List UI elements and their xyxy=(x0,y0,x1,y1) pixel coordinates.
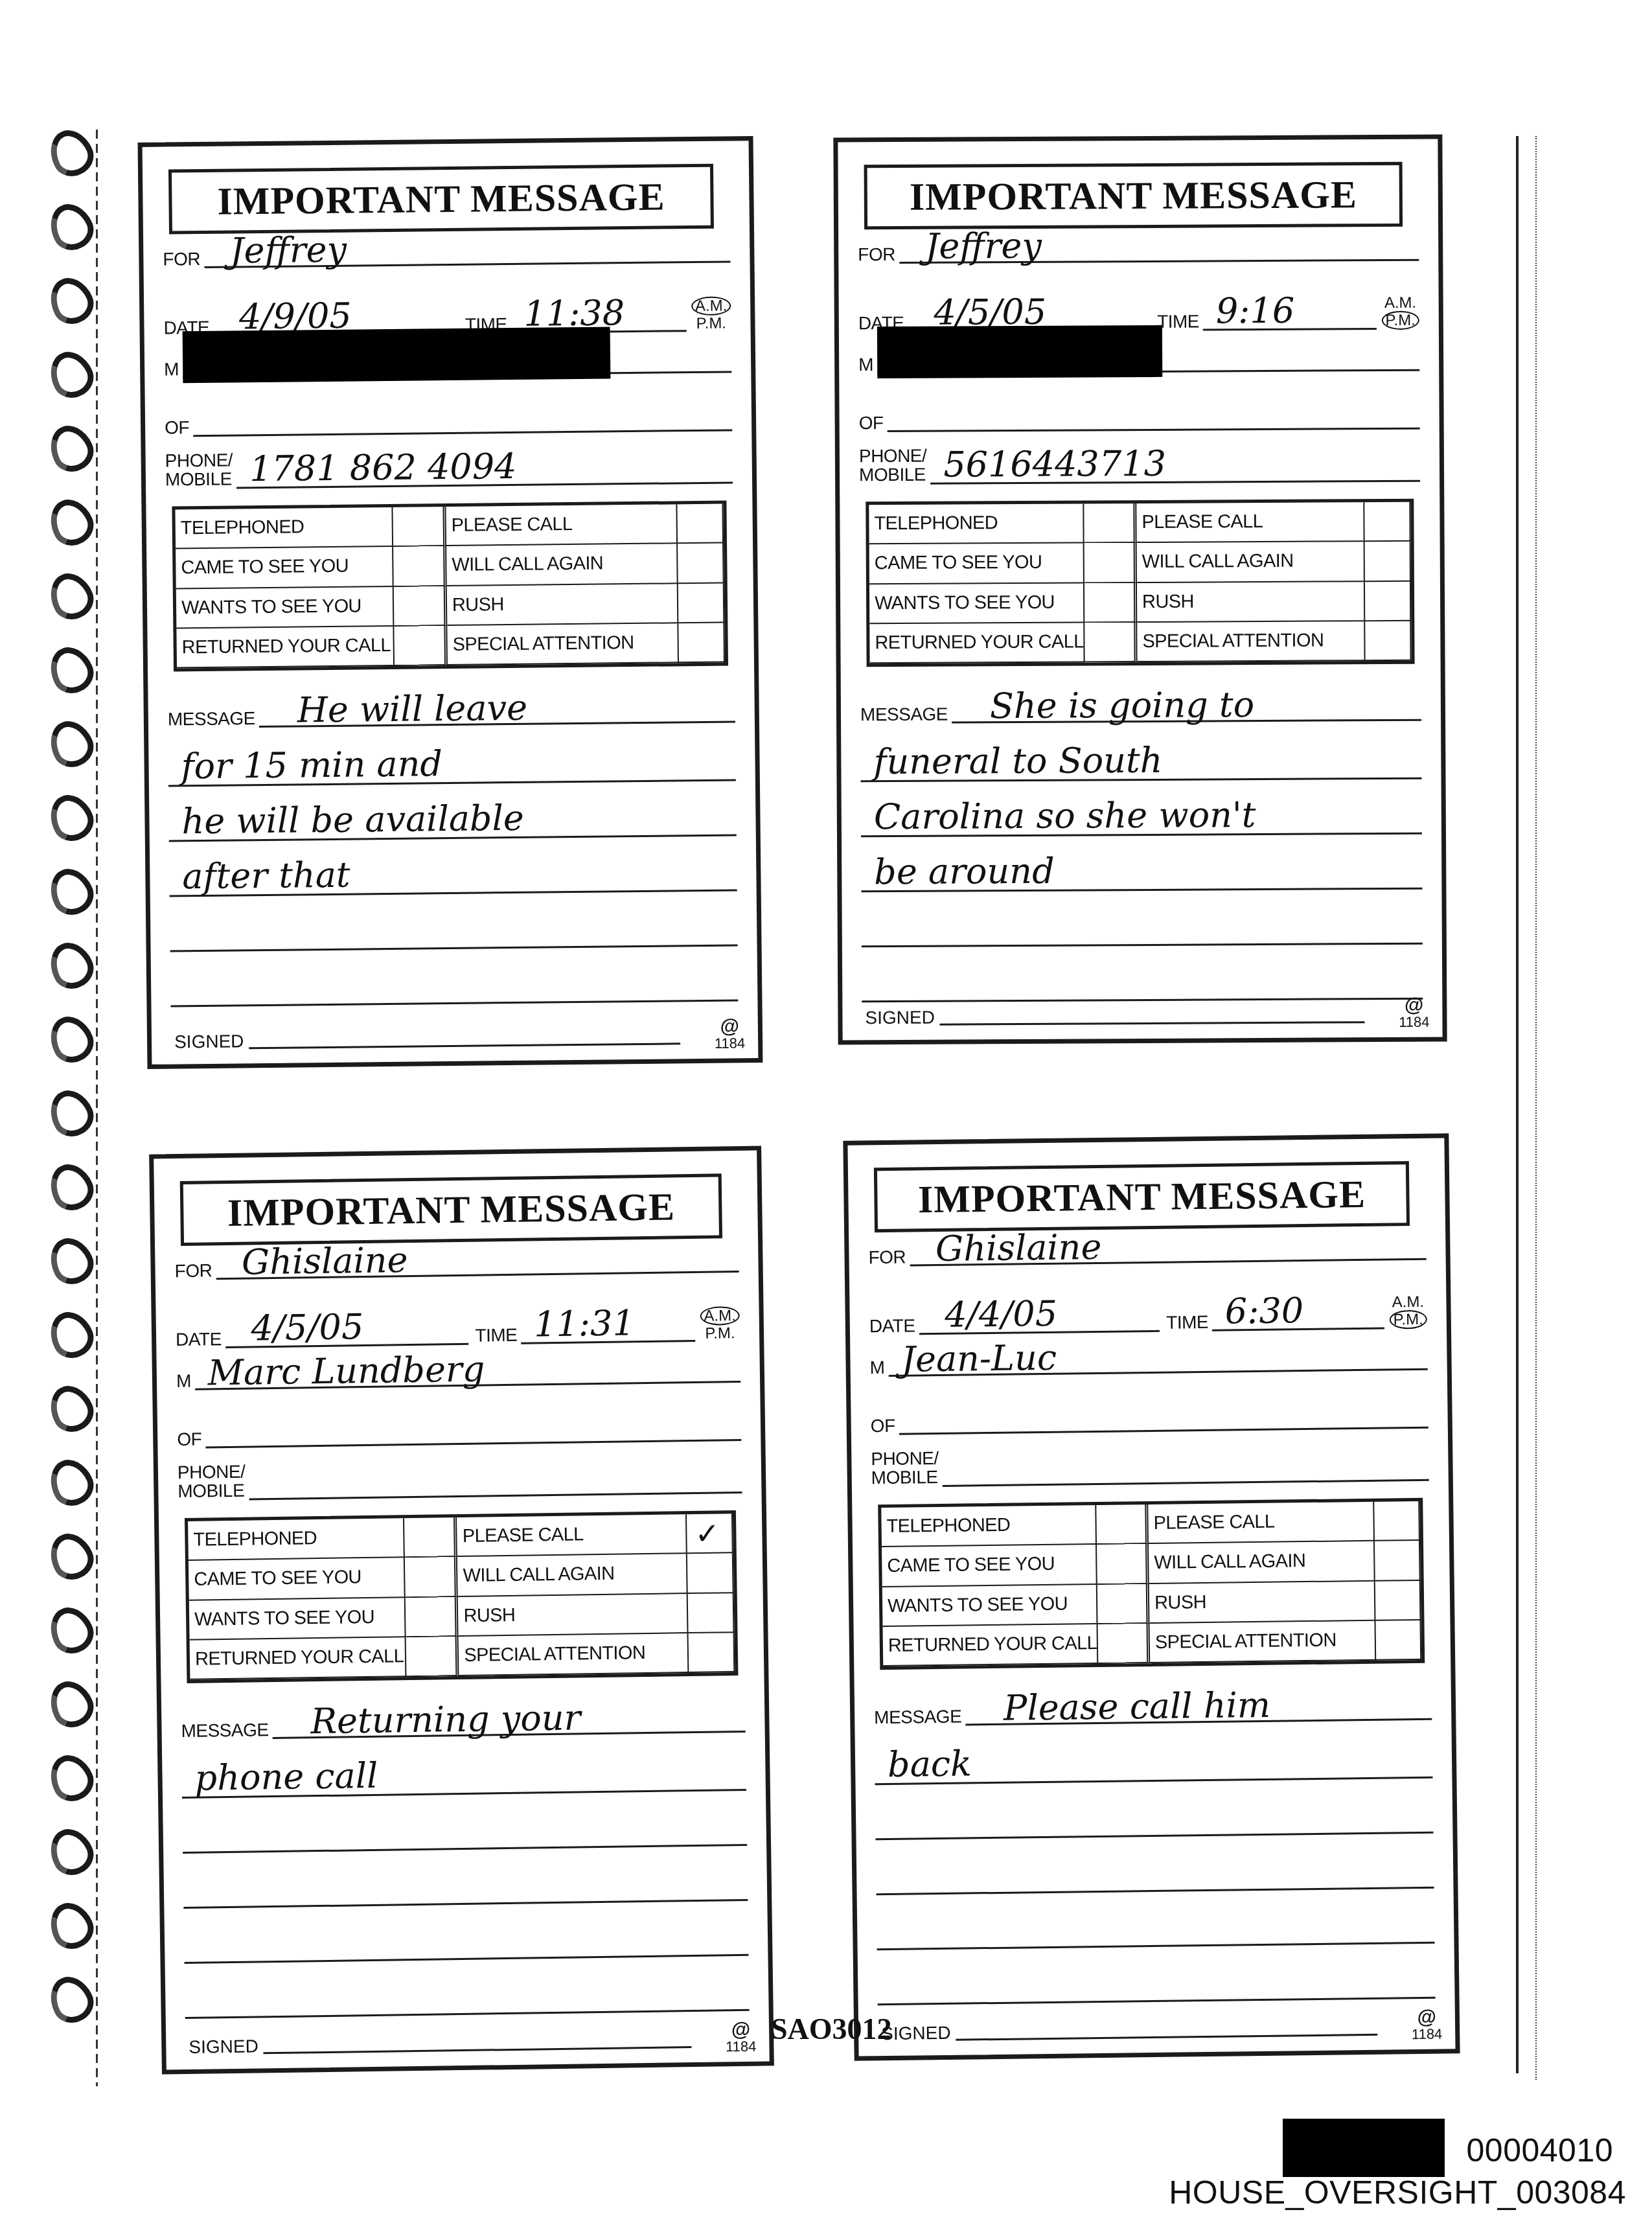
of-field[interactable] xyxy=(205,1438,741,1449)
am-label: A.M. xyxy=(1381,295,1419,311)
spiral-ring-icon xyxy=(43,123,100,183)
message-text-line: for 15 min and xyxy=(181,746,442,784)
phone-value: 5616443713 xyxy=(943,446,1166,483)
perforation-line xyxy=(96,130,98,2086)
caller-row: MMarc Lundberg xyxy=(176,1365,740,1390)
checklist-label: TELEPHONED xyxy=(175,507,393,549)
checkbox-special-attention[interactable] xyxy=(678,623,725,663)
phone-label-line1: PHONE/ xyxy=(859,446,927,466)
sheet-edge xyxy=(1516,136,1519,2073)
checkbox-came-to-see-you[interactable] xyxy=(1084,543,1137,583)
spiral-ring-icon xyxy=(43,936,100,995)
of-row: OF xyxy=(165,413,732,437)
checkbox-telephoned[interactable] xyxy=(393,507,446,547)
checklist-label: PLEASE CALL xyxy=(1148,1502,1375,1545)
checklist-label: PLEASE CALL xyxy=(446,504,677,546)
am-label: A.M. xyxy=(691,296,731,316)
phone-label-line1: PHONE/ xyxy=(165,451,233,470)
caller-label: M xyxy=(164,360,179,378)
checkbox-returned-your-call[interactable] xyxy=(1098,1624,1151,1664)
checklist-label: SPECIAL ATTENTION xyxy=(447,623,678,665)
phone-label-line2: MOBILE xyxy=(871,1468,939,1488)
checkbox-wants-to-see-you[interactable] xyxy=(1097,1584,1150,1624)
phone-row: PHONE/MOBILE xyxy=(871,1443,1429,1488)
phone-field[interactable]: 5616443713 xyxy=(930,479,1420,485)
of-field[interactable] xyxy=(193,428,732,437)
publisher-logo-icon: @ xyxy=(1399,996,1429,1015)
of-field[interactable] xyxy=(899,1425,1428,1435)
publisher-logo-icon: @ xyxy=(714,1017,745,1036)
checklist-label: CAME TO SEE YOU xyxy=(882,1545,1097,1587)
spiral-ring-icon xyxy=(43,640,100,700)
phone-label-line1: PHONE/ xyxy=(871,1449,939,1469)
checkbox-wants-to-see-you[interactable] xyxy=(406,1597,459,1637)
checklist-label: RETURNED YOUR CALL xyxy=(883,1624,1099,1666)
pm-label: P.M. xyxy=(691,316,731,332)
phone-label: PHONE/MOBILE xyxy=(859,446,927,485)
time-field[interactable]: 9:16 xyxy=(1203,327,1377,330)
scanned-document-page: IMPORTANT MESSAGEFORJeffreyDATE4/9/05TIM… xyxy=(0,0,1652,2223)
message-text-line: She is going to xyxy=(990,687,1254,724)
message-type-checklist: TELEPHONEDPLEASE CALLCAME TO SEE YOUWILL… xyxy=(878,1498,1425,1670)
title-box: IMPORTANT MESSAGE xyxy=(874,1161,1410,1232)
checklist-label: RUSH xyxy=(1149,1581,1376,1624)
message-type-checklist: TELEPHONEDPLEASE CALLCAME TO SEE YOUWILL… xyxy=(866,499,1414,667)
checkbox-returned-your-call[interactable] xyxy=(395,626,448,666)
form-number: @1184 xyxy=(726,2020,757,2055)
message-label: MESSAGE xyxy=(181,1721,268,1740)
checkbox-will-call-again[interactable] xyxy=(1375,1541,1421,1581)
am-pm-indicator: A.M.P.M. xyxy=(700,1306,740,1342)
checkbox-will-call-again[interactable] xyxy=(678,544,724,584)
message-text-line: Returning your xyxy=(310,1700,581,1739)
message-text-line: phone call xyxy=(194,1758,378,1796)
checkbox-please-call[interactable] xyxy=(677,504,724,544)
pm-label: P.M. xyxy=(1389,1310,1427,1330)
signed-label: SIGNED xyxy=(189,2036,258,2057)
time-value: 9:16 xyxy=(1216,294,1295,329)
caller-field[interactable]: Jean-Luc xyxy=(889,1367,1428,1377)
checklist-label: CAME TO SEE YOU xyxy=(189,1558,406,1600)
checklist-label: RUSH xyxy=(1137,582,1366,623)
time-value: 6:30 xyxy=(1225,1293,1304,1329)
pm-label: P.M. xyxy=(1382,311,1419,330)
message-line-6[interactable] xyxy=(170,999,738,1007)
for-value: Ghislaine xyxy=(935,1230,1102,1267)
for-label: FOR xyxy=(163,250,200,269)
time-label: TIME xyxy=(475,1326,517,1345)
phone-field[interactable]: 1781 862 4094 xyxy=(236,480,733,489)
for-label: FOR xyxy=(858,246,895,264)
signed-field[interactable] xyxy=(263,2046,691,2054)
of-label: OF xyxy=(177,1431,201,1449)
phone-label: PHONE/MOBILE xyxy=(165,451,233,490)
spiral-ring-icon xyxy=(43,1822,100,1882)
date-value: 4/5/05 xyxy=(251,1309,364,1346)
message-text-line: He will leave xyxy=(297,691,527,728)
phone-row: PHONE/MOBILE5616443713 xyxy=(859,444,1420,485)
checkbox-rush[interactable] xyxy=(678,583,724,623)
spiral-ring-icon xyxy=(43,1083,100,1143)
caller-row: MJean-Luc xyxy=(869,1352,1427,1377)
phone-label-line2: MOBILE xyxy=(165,470,233,489)
checklist-label: WILL CALL AGAIN xyxy=(1137,542,1366,582)
publisher-logo-icon: @ xyxy=(726,2020,757,2040)
message-type-checklist: TELEPHONEDPLEASE CALLCAME TO SEE YOUWILL… xyxy=(172,501,728,672)
time-field[interactable]: 6:30 xyxy=(1212,1326,1384,1331)
checklist-label: RETURNED YOUR CALL xyxy=(869,623,1085,663)
phone-label: PHONE/MOBILE xyxy=(178,1462,246,1501)
form-number-text: 1184 xyxy=(715,1035,746,1051)
message-text-line: he will be available xyxy=(181,801,524,840)
checkbox-telephoned[interactable] xyxy=(404,1517,457,1558)
signed-label: SIGNED xyxy=(865,1008,935,1029)
checklist-label: SPECIAL ATTENTION xyxy=(1150,1621,1377,1664)
time-label: TIME xyxy=(1157,313,1199,331)
of-label: OF xyxy=(165,419,189,437)
am-pm-indicator: A.M.P.M. xyxy=(1389,1294,1427,1330)
checklist-label: SPECIAL ATTENTION xyxy=(459,1633,689,1676)
checklist-label: TELEPHONED xyxy=(881,1505,1097,1547)
caller-field[interactable] xyxy=(183,369,731,378)
spiral-ring-icon xyxy=(43,345,100,404)
spiral-ring-icon xyxy=(43,1896,100,1955)
message-line-3[interactable] xyxy=(183,1844,747,1854)
am-label: A.M. xyxy=(700,1306,740,1326)
for-value: Ghislaine xyxy=(242,1243,408,1280)
spiral-ring-icon xyxy=(43,1305,100,1365)
title-box: IMPORTANT MESSAGE xyxy=(864,162,1403,229)
date-value: 4/5/05 xyxy=(934,295,1046,330)
for-field[interactable]: Ghislaine xyxy=(910,1257,1426,1267)
spiral-ring-icon xyxy=(43,714,100,774)
checklist-label: WANTS TO SEE YOU xyxy=(869,583,1085,624)
spiral-ring-icon xyxy=(43,1748,100,1808)
message-slip-bottom-left: IMPORTANT MESSAGEFORGhislaineDATE4/5/05T… xyxy=(149,1146,774,2074)
spiral-ring-icon xyxy=(43,1157,100,1217)
date-field[interactable]: 4/5/05 xyxy=(225,1342,469,1348)
checkbox-came-to-see-you[interactable] xyxy=(405,1557,458,1597)
caller-label: M xyxy=(176,1372,191,1390)
message-slip-top-right: IMPORTANT MESSAGEFORJeffreyDATE4/5/05TIM… xyxy=(833,135,1447,1045)
message-type-checklist: TELEPHONEDPLEASE CALLCAME TO SEE YOUWILL… xyxy=(185,1510,738,1683)
message-slip-top-left: IMPORTANT MESSAGEFORJeffreyDATE4/9/05TIM… xyxy=(138,136,763,1069)
form-number-text: 1184 xyxy=(1412,2026,1443,2043)
checkbox-please-call[interactable] xyxy=(1365,502,1411,542)
checkbox-will-call-again[interactable] xyxy=(687,1553,734,1593)
checkbox-telephoned[interactable] xyxy=(1096,1504,1149,1545)
checkbox-rush[interactable] xyxy=(688,1593,735,1633)
for-field[interactable]: Ghislaine xyxy=(216,1269,739,1280)
form-number: @1184 xyxy=(1411,2008,1442,2042)
checklist-label: WANTS TO SEE YOU xyxy=(882,1585,1098,1627)
redaction-box-footer xyxy=(1283,2119,1445,2177)
time-label: TIME xyxy=(1166,1313,1208,1332)
for-label: FOR xyxy=(868,1249,906,1267)
for-row: FORJeffrey xyxy=(163,244,730,268)
checkbox-wants-to-see-you[interactable] xyxy=(394,586,447,627)
caller-value: Jean-Luc xyxy=(901,1341,1057,1377)
spiral-ring-icon xyxy=(43,1453,100,1512)
message-label: MESSAGE xyxy=(860,706,948,724)
phone-label: PHONE/MOBILE xyxy=(871,1449,939,1488)
message-text-line: funeral to South xyxy=(873,743,1162,779)
caller-row: M xyxy=(164,354,731,378)
form-number-text: 1184 xyxy=(1399,1014,1429,1030)
message-line-6[interactable] xyxy=(878,1997,1436,2006)
checkbox-special-attention[interactable] xyxy=(1376,1620,1422,1661)
document-stamp: SAO3012 xyxy=(771,2012,892,2046)
spiral-ring-icon xyxy=(43,419,100,478)
message-line-5[interactable] xyxy=(877,1942,1435,1951)
spiral-ring-icon xyxy=(43,197,100,257)
checklist-label: CAME TO SEE YOU xyxy=(176,547,394,589)
caller-row: M xyxy=(858,353,1419,374)
date-time-row: DATE4/5/05TIME11:31A.M.P.M. xyxy=(176,1306,740,1350)
title-box: IMPORTANT MESSAGE xyxy=(168,164,714,235)
checklist-label: RETURNED YOUR CALL xyxy=(176,627,395,669)
message-slip-bottom-right: IMPORTANT MESSAGEFORGhislaineDATE4/4/05T… xyxy=(843,1133,1460,2060)
date-label: DATE xyxy=(176,1331,222,1350)
checkbox-rush[interactable] xyxy=(1375,1580,1421,1620)
message-text-line: Please call him xyxy=(1004,1688,1271,1726)
checkbox-wants-to-see-you[interactable] xyxy=(1084,583,1137,623)
sheet-edge-shadow xyxy=(1535,136,1537,2080)
message-line-6[interactable] xyxy=(185,2009,750,2019)
message-text-line: back xyxy=(888,1746,972,1782)
checkbox-special-attention[interactable] xyxy=(1366,621,1412,662)
publisher-logo-icon: @ xyxy=(1411,2008,1442,2028)
spiral-ring-icon xyxy=(43,492,100,552)
time-field[interactable]: 11:31 xyxy=(521,1339,694,1344)
slip-title: IMPORTANT MESSAGE xyxy=(910,172,1357,220)
spiral-binding xyxy=(45,130,97,2073)
slip-title: IMPORTANT MESSAGE xyxy=(217,174,665,224)
spiral-ring-icon xyxy=(43,1231,100,1291)
checkbox-please-call[interactable] xyxy=(687,1514,733,1554)
phone-label-line2: MOBILE xyxy=(859,465,927,485)
checklist-label: RUSH xyxy=(458,1594,688,1637)
message-line-6[interactable] xyxy=(862,998,1423,1003)
message-text-line: after that xyxy=(182,858,350,895)
caller-value: Marc Lundberg xyxy=(207,1352,485,1390)
signed-label: SIGNED xyxy=(174,1031,244,1052)
for-label: FOR xyxy=(174,1261,212,1280)
checklist-label: PLEASE CALL xyxy=(1136,502,1365,543)
checkbox-special-attention[interactable] xyxy=(689,1633,735,1673)
checklist-label: SPECIAL ATTENTION xyxy=(1137,621,1366,662)
checkbox-rush[interactable] xyxy=(1365,581,1411,621)
caller-field[interactable] xyxy=(877,368,1419,374)
spiral-ring-icon xyxy=(43,1970,100,2029)
spiral-ring-icon xyxy=(43,1379,100,1438)
spiral-ring-icon xyxy=(43,788,100,847)
spiral-ring-icon xyxy=(43,271,100,330)
message-label: MESSAGE xyxy=(874,1708,961,1727)
spiral-ring-icon xyxy=(43,566,100,626)
for-row: FORGhislaine xyxy=(174,1254,739,1280)
checkbox-returned-your-call[interactable] xyxy=(1085,623,1138,663)
am-label: A.M. xyxy=(1389,1294,1427,1311)
message-line-4[interactable] xyxy=(183,1899,748,1909)
spiral-ring-icon xyxy=(43,1600,100,1660)
checklist-label: TELEPHONED xyxy=(188,1518,405,1561)
signed-field[interactable] xyxy=(940,1021,1365,1025)
spiral-ring-icon xyxy=(43,1674,100,1734)
date-time-row: DATE4/4/05TIME6:30A.M.P.M. xyxy=(869,1294,1427,1336)
checkbox-telephoned[interactable] xyxy=(1084,503,1137,544)
of-row: OF xyxy=(177,1423,741,1449)
for-row: FORJeffrey xyxy=(858,243,1419,264)
phone-label-line2: MOBILE xyxy=(178,1481,246,1501)
caller-label: M xyxy=(858,356,873,374)
signed-field[interactable] xyxy=(956,2034,1377,2041)
message-line-5[interactable] xyxy=(862,943,1423,948)
title-box: IMPORTANT MESSAGE xyxy=(180,1173,722,1246)
signed-field[interactable] xyxy=(249,1042,680,1049)
of-row: OF xyxy=(871,1411,1428,1436)
of-row: OF xyxy=(859,411,1420,433)
checkbox-came-to-see-you[interactable] xyxy=(1097,1544,1149,1584)
checklist-label: RETURNED YOUR CALL xyxy=(190,1637,407,1680)
am-pm-indicator: A.M.P.M. xyxy=(691,296,731,332)
phone-row: PHONE/MOBILE1781 862 4094 xyxy=(165,445,733,489)
date-field[interactable]: 4/4/05 xyxy=(919,1329,1160,1335)
checklist-label: WANTS TO SEE YOU xyxy=(189,1598,406,1641)
slip-title: IMPORTANT MESSAGE xyxy=(227,1184,675,1236)
of-field[interactable] xyxy=(888,426,1420,432)
form-number-text: 1184 xyxy=(726,2038,757,2055)
phone-label-line1: PHONE/ xyxy=(178,1462,246,1482)
checklist-label: WANTS TO SEE YOU xyxy=(176,586,395,628)
phone-row: PHONE/MOBILE xyxy=(178,1455,742,1501)
checkbox-will-call-again[interactable] xyxy=(1365,542,1411,582)
checklist-label: RUSH xyxy=(447,584,678,626)
form-number: @1184 xyxy=(714,1017,745,1050)
phone-field[interactable] xyxy=(249,1490,742,1501)
checklist-label: PLEASE CALL xyxy=(457,1514,687,1557)
checkbox-please-call[interactable] xyxy=(1374,1501,1420,1541)
message-label: MESSAGE xyxy=(168,709,255,728)
date-label: DATE xyxy=(869,1317,915,1336)
message-text-line: be around xyxy=(874,854,1055,890)
checklist-label: CAME TO SEE YOU xyxy=(869,544,1085,584)
caller-label: M xyxy=(869,1359,884,1377)
for-field[interactable]: Jeffrey xyxy=(204,259,730,268)
slip-title: IMPORTANT MESSAGE xyxy=(918,1171,1366,1221)
for-value: Jeffrey xyxy=(925,229,1042,264)
checklist-label: WILL CALL AGAIN xyxy=(446,544,678,586)
checklist-label: WILL CALL AGAIN xyxy=(457,1554,687,1596)
time-value: 11:31 xyxy=(534,1306,635,1342)
checklist-label: WILL CALL AGAIN xyxy=(1149,1541,1375,1584)
message-line-3[interactable] xyxy=(876,1832,1434,1841)
checklist-label: TELEPHONED xyxy=(869,503,1084,544)
checkbox-returned-your-call[interactable] xyxy=(406,1637,459,1677)
bates-number: HOUSE_OVERSIGHT_003084 xyxy=(1169,2174,1626,2211)
for-value: Jeffrey xyxy=(230,233,347,269)
redaction-box xyxy=(182,327,610,383)
am-pm-indicator: A.M.P.M. xyxy=(1381,295,1419,330)
checkbox-came-to-see-you[interactable] xyxy=(393,546,446,586)
phone-value: 1781 862 4094 xyxy=(249,449,517,487)
control-number: 00004010 xyxy=(1467,2132,1613,2169)
message-text-line: Carolina so she won't xyxy=(874,798,1256,835)
message-line-5[interactable] xyxy=(185,1954,749,1964)
form-number: @1184 xyxy=(1399,996,1430,1030)
redaction-box xyxy=(877,325,1162,378)
caller-field[interactable]: Marc Lundberg xyxy=(195,1379,740,1390)
for-row: FORGhislaine xyxy=(868,1242,1426,1267)
date-value: 4/4/05 xyxy=(945,1296,1057,1333)
for-field[interactable]: Jeffrey xyxy=(899,258,1419,264)
pm-label: P.M. xyxy=(700,1325,740,1342)
spiral-ring-icon xyxy=(43,1526,100,1586)
phone-field[interactable] xyxy=(943,1478,1429,1487)
spiral-ring-icon xyxy=(43,862,100,921)
spiral-ring-icon xyxy=(43,1009,100,1069)
message-line-5[interactable] xyxy=(170,944,738,952)
message-line-4[interactable] xyxy=(877,1887,1434,1896)
of-label: OF xyxy=(859,414,884,432)
of-label: OF xyxy=(871,1417,895,1435)
